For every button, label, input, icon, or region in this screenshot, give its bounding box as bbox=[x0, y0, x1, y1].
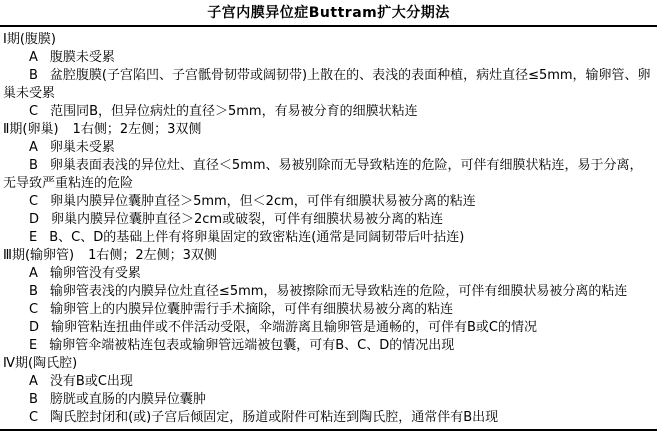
item-label: C bbox=[29, 302, 38, 317]
item-label: B bbox=[29, 158, 38, 173]
list-item: B膀胱或直肠的内膜异位囊肿 bbox=[3, 391, 654, 409]
section-heading-stage2: Ⅱ期(卵巢)1右侧；2左侧；3双侧 bbox=[3, 121, 654, 139]
item-label: E bbox=[29, 230, 37, 245]
item-label: A bbox=[29, 266, 38, 281]
section-side-note: 1右侧；2左侧；3双侧 bbox=[73, 122, 202, 137]
item-label: D bbox=[29, 320, 39, 335]
section-heading-stage1: Ⅰ期(腹膜) bbox=[3, 31, 654, 49]
list-item: D卵巢内膜异位囊肿直径＞2cm或破裂，可伴有细膜状易被分离的粘连 bbox=[3, 211, 654, 229]
list-item: EB、C、D的基础上伴有将卵巢固定的致密粘连(通常是同阔韧带后叶拈连) bbox=[3, 229, 654, 247]
list-item: B盆腔腹膜(子宫陷凹、子宫骶骨韧带或阔韧带)上散在的、表浅的表面种植，病灶直径≤… bbox=[3, 67, 654, 103]
list-item: D输卵管粘连扭曲伴或不伴活动受限，伞端游离且输卵管是通畅的，可伴有B或C的情况 bbox=[3, 319, 654, 337]
section-title: Ⅱ期(卵巢) bbox=[3, 122, 59, 137]
item-text: 输卵管表浅的内膜异位灶直径≤5mm，易被擦除而无导致粘连的危险，可伴有细膜状易被… bbox=[50, 284, 628, 299]
list-item: A没有B或C出现 bbox=[3, 373, 654, 391]
item-label: C bbox=[29, 410, 38, 425]
item-label: B bbox=[29, 392, 38, 407]
item-label: C bbox=[29, 104, 38, 119]
item-label: B bbox=[29, 68, 38, 83]
item-label: A bbox=[29, 50, 38, 65]
item-text: 没有B或C出现 bbox=[50, 374, 133, 389]
item-text: 卵巢内膜异位囊肿直径＞5mm，但＜2cm，可伴有细膜状易被分离的粘连 bbox=[50, 194, 476, 209]
document-page: 子宫内膜异位症Buttram扩大分期法 Ⅰ期(腹膜) A腹膜未受累 B盆腔腹膜(… bbox=[0, 0, 657, 431]
list-item: C范围同B，但异位病灶的直径＞5mm，有易被分育的细膜状粘连 bbox=[3, 103, 654, 121]
item-label: C bbox=[29, 194, 38, 209]
item-text: 卵巢未受累 bbox=[50, 140, 115, 155]
section-title: Ⅰ期(腹膜) bbox=[3, 32, 56, 47]
list-item: E输卵管伞端被粘连包表或输卵管远端被包囊，可有B、C、D的情况出现 bbox=[3, 337, 654, 355]
item-text: 输卵管伞端被粘连包表或输卵管远端被包囊，可有B、C、D的情况出现 bbox=[49, 338, 454, 353]
staging-table: Ⅰ期(腹膜) A腹膜未受累 B盆腔腹膜(子宫陷凹、子宫骶骨韧带或阔韧带)上散在的… bbox=[0, 27, 657, 427]
item-text: 卵巢表面表浅的异位灶、直径＜5mm、易被别除而无导致粘连的危险，可伴有细膜状粘连… bbox=[3, 158, 643, 191]
list-item: C输卵管上的内膜异位囊肿需行手术摘除，可伴有细膜状易被分离的粘连 bbox=[3, 301, 654, 319]
item-text: 膀胱或直肠的内膜异位囊肿 bbox=[50, 392, 206, 407]
list-item: C卵巢内膜异位囊肿直径＞5mm，但＜2cm，可伴有细膜状易被分离的粘连 bbox=[3, 193, 654, 211]
page-title: 子宫内膜异位症Buttram扩大分期法 bbox=[0, 0, 657, 25]
list-item: C陶氏腔封闭和(或)子宫后倾固定，肠道或附件可粘连到陶氏腔，通常伴有B出现 bbox=[3, 409, 654, 427]
list-item: A腹膜未受累 bbox=[3, 49, 654, 67]
item-text: 盆腔腹膜(子宫陷凹、子宫骶骨韧带或阔韧带)上散在的、表浅的表面种植，病灶直径≤5… bbox=[3, 68, 651, 101]
list-item: A输卵管没有受累 bbox=[3, 265, 654, 283]
item-text: 输卵管粘连扭曲伴或不伴活动受限，伞端游离且输卵管是通畅的，可伴有B或C的情况 bbox=[51, 320, 537, 335]
item-label: A bbox=[29, 140, 38, 155]
item-text: 腹膜未受累 bbox=[50, 50, 115, 65]
section-title: Ⅳ期(陶氏腔) bbox=[3, 356, 77, 371]
item-label: A bbox=[29, 374, 38, 389]
section-heading-stage3: Ⅲ期(输卵管)1右侧；2左侧；3双侧 bbox=[3, 247, 654, 265]
item-label: E bbox=[29, 338, 37, 353]
item-label: D bbox=[29, 212, 39, 227]
item-text: 输卵管没有受累 bbox=[50, 266, 141, 281]
list-item: B卵巢表面表浅的异位灶、直径＜5mm、易被别除而无导致粘连的危险，可伴有细膜状粘… bbox=[3, 157, 654, 193]
item-text: 输卵管上的内膜异位囊肿需行手术摘除，可伴有细膜状易被分离的粘连 bbox=[50, 302, 453, 317]
item-text: B、C、D的基础上伴有将卵巢固定的致密粘连(通常是同阔韧带后叶拈连) bbox=[49, 230, 464, 245]
section-side-note: 1右侧；2左侧；3双侧 bbox=[88, 248, 217, 263]
section-heading-stage4: Ⅳ期(陶氏腔) bbox=[3, 355, 654, 373]
section-title: Ⅲ期(输卵管) bbox=[3, 248, 74, 263]
item-label: B bbox=[29, 284, 38, 299]
item-text: 卵巢内膜异位囊肿直径＞2cm或破裂，可伴有细膜状易被分离的粘连 bbox=[51, 212, 443, 227]
list-item: A卵巢未受累 bbox=[3, 139, 654, 157]
item-text: 陶氏腔封闭和(或)子宫后倾固定，肠道或附件可粘连到陶氏腔，通常伴有B出现 bbox=[50, 410, 498, 425]
item-text: 范围同B，但异位病灶的直径＞5mm，有易被分育的细膜状粘连 bbox=[50, 104, 418, 119]
list-item: B输卵管表浅的内膜异位灶直径≤5mm，易被擦除而无导致粘连的危险，可伴有细膜状易… bbox=[3, 283, 654, 301]
